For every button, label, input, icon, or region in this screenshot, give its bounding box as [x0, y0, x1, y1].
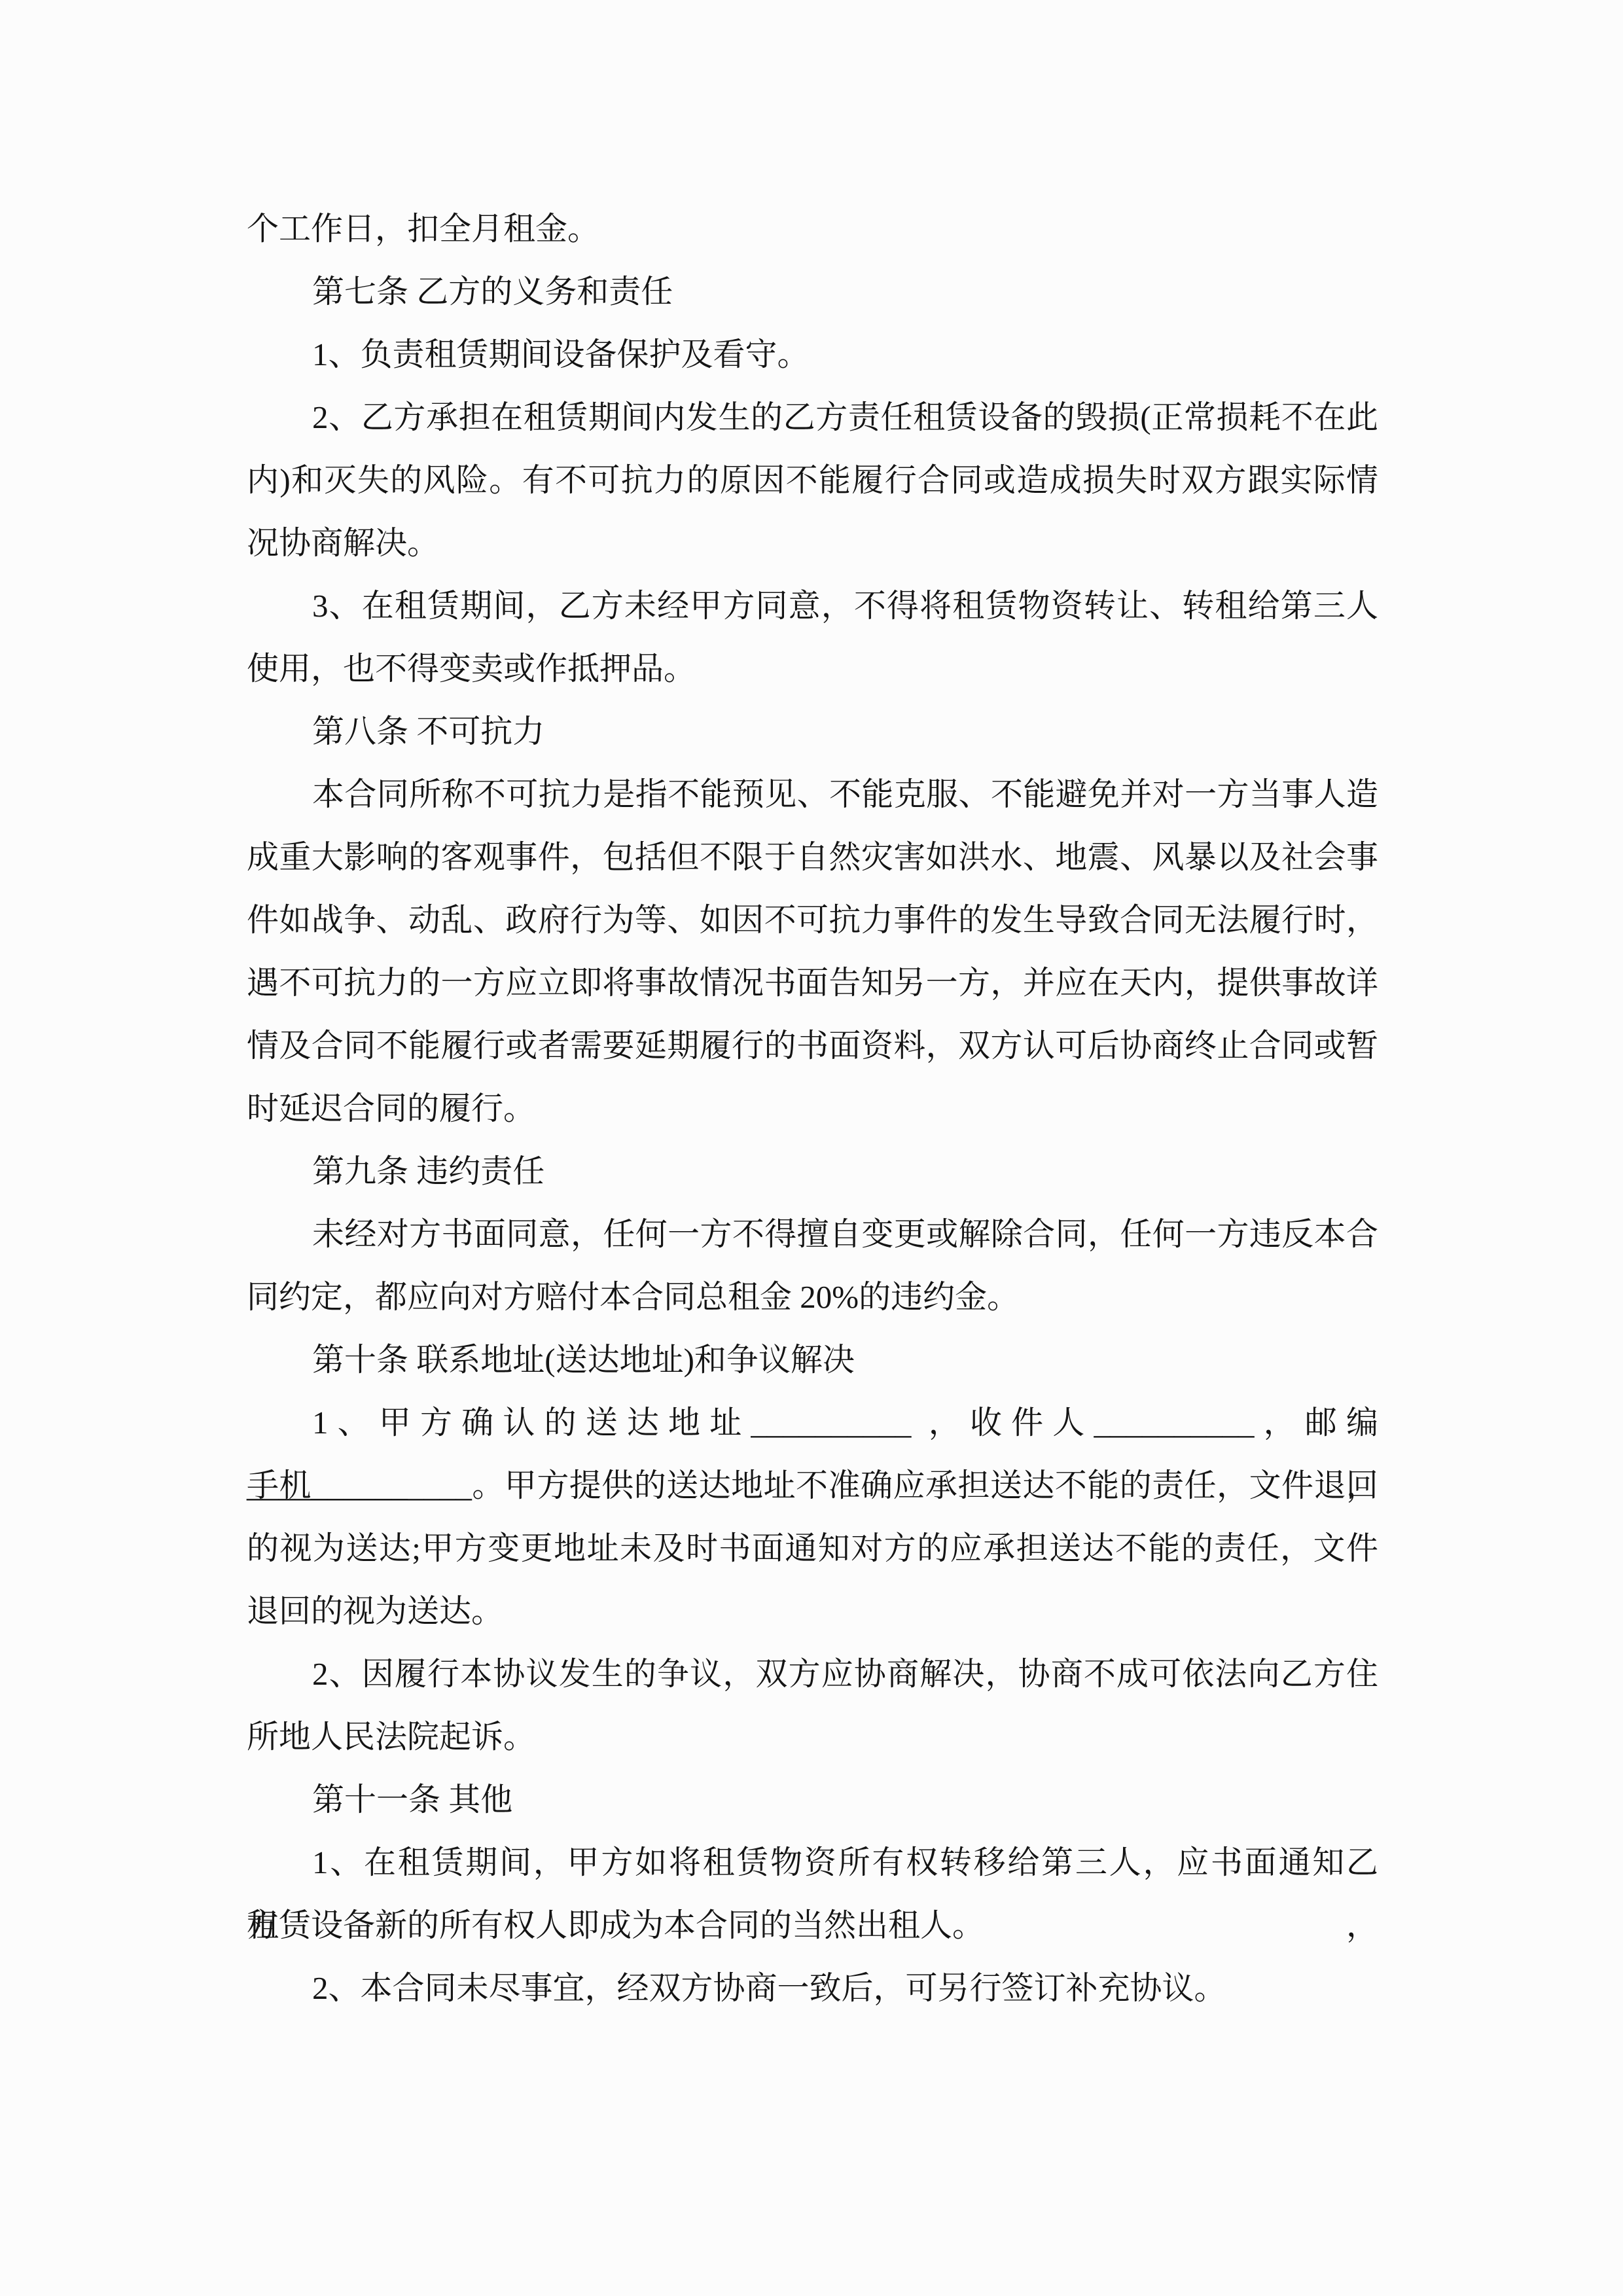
contract-text-block: 个工作日，扣全月租金。第七条 乙方的义务和责任1、负责租赁期间设备保护及看守。2…: [247, 198, 1378, 2020]
text-line-14: 情及合同不能履行或者需要延期履行的书面资料，双方认可后协商终止合同或暂: [247, 1014, 1378, 1077]
text-line-13: 遇不可抗力的一方应立即将事故情况书面告知另一方，并应在天内，提供事故详: [247, 952, 1378, 1014]
text-line-27: 1、在租赁期间，甲方如将租赁物资所有权转移给第三人，应书面通知乙方，: [247, 1831, 1378, 1894]
document-page: 个工作日，扣全月租金。第七条 乙方的义务和责任1、负责租赁期间设备保护及看守。2…: [0, 0, 1623, 2296]
text-line-21: 手机__________。甲方提供的送达地址不准确应承担送达不能的责任，文件退回: [247, 1454, 1378, 1517]
text-line-4: 2、乙方承担在租赁期间内发生的乙方责任租赁设备的毁损(正常损耗不在此: [247, 386, 1378, 449]
text-line-26: 第十一条 其他: [247, 1768, 1378, 1831]
text-line-6: 况协商解决。: [247, 512, 1378, 575]
text-line-9: 第八条 不可抗力: [247, 700, 1378, 763]
text-line-10: 本合同所称不可抗力是指不能预见、不能克服、不能避免并对一方当事人造: [247, 763, 1378, 826]
text-line-2: 第七条 乙方的义务和责任: [247, 260, 1378, 323]
text-line-16: 第九条 违约责任: [247, 1140, 1378, 1203]
text-line-24: 2、因履行本协议发生的争议，双方应协商解决，协商不成可依法向乙方住: [247, 1643, 1378, 1706]
text-line-23: 退回的视为送达。: [247, 1580, 1378, 1643]
text-line-12: 件如战争、动乱、政府行为等、如因不可抗力事件的发生导致合同无法履行时，: [247, 889, 1378, 952]
text-line-7: 3、在租赁期间，乙方未经甲方同意，不得将租赁物资转让、转租给第三人: [247, 575, 1378, 637]
text-line-3: 1、负责租赁期间设备保护及看守。: [247, 323, 1378, 386]
text-line-1: 个工作日，扣全月租金。: [247, 198, 1378, 260]
text-line-18: 同约定，都应向对方赔付本合同总租金 20%的违约金。: [247, 1266, 1378, 1329]
text-line-25: 所地人民法院起诉。: [247, 1706, 1378, 1768]
text-line-8: 使用，也不得变卖或作抵押品。: [247, 637, 1378, 700]
text-line-22: 的视为送达;甲方变更地址未及时书面通知对方的应承担送达不能的责任，文件: [247, 1517, 1378, 1580]
text-line-5: 内)和灭失的风险。有不可抗力的原因不能履行合同或造成损失时双方跟实际情: [247, 449, 1378, 512]
text-line-20: 1、甲方确认的送达地址__________ ，收件人__________，邮编_…: [247, 1391, 1378, 1454]
text-line-29: 2、本合同未尽事宜，经双方协商一致后，可另行签订补充协议。: [247, 1957, 1378, 2020]
text-line-11: 成重大影响的客观事件，包括但不限于自然灾害如洪水、地震、风暴以及社会事: [247, 826, 1378, 889]
text-line-17: 未经对方书面同意，任何一方不得擅自变更或解除合同，任何一方违反本合: [247, 1203, 1378, 1266]
text-line-19: 第十条 联系地址(送达地址)和争议解决: [247, 1329, 1378, 1391]
text-line-15: 时延迟合同的履行。: [247, 1077, 1378, 1140]
